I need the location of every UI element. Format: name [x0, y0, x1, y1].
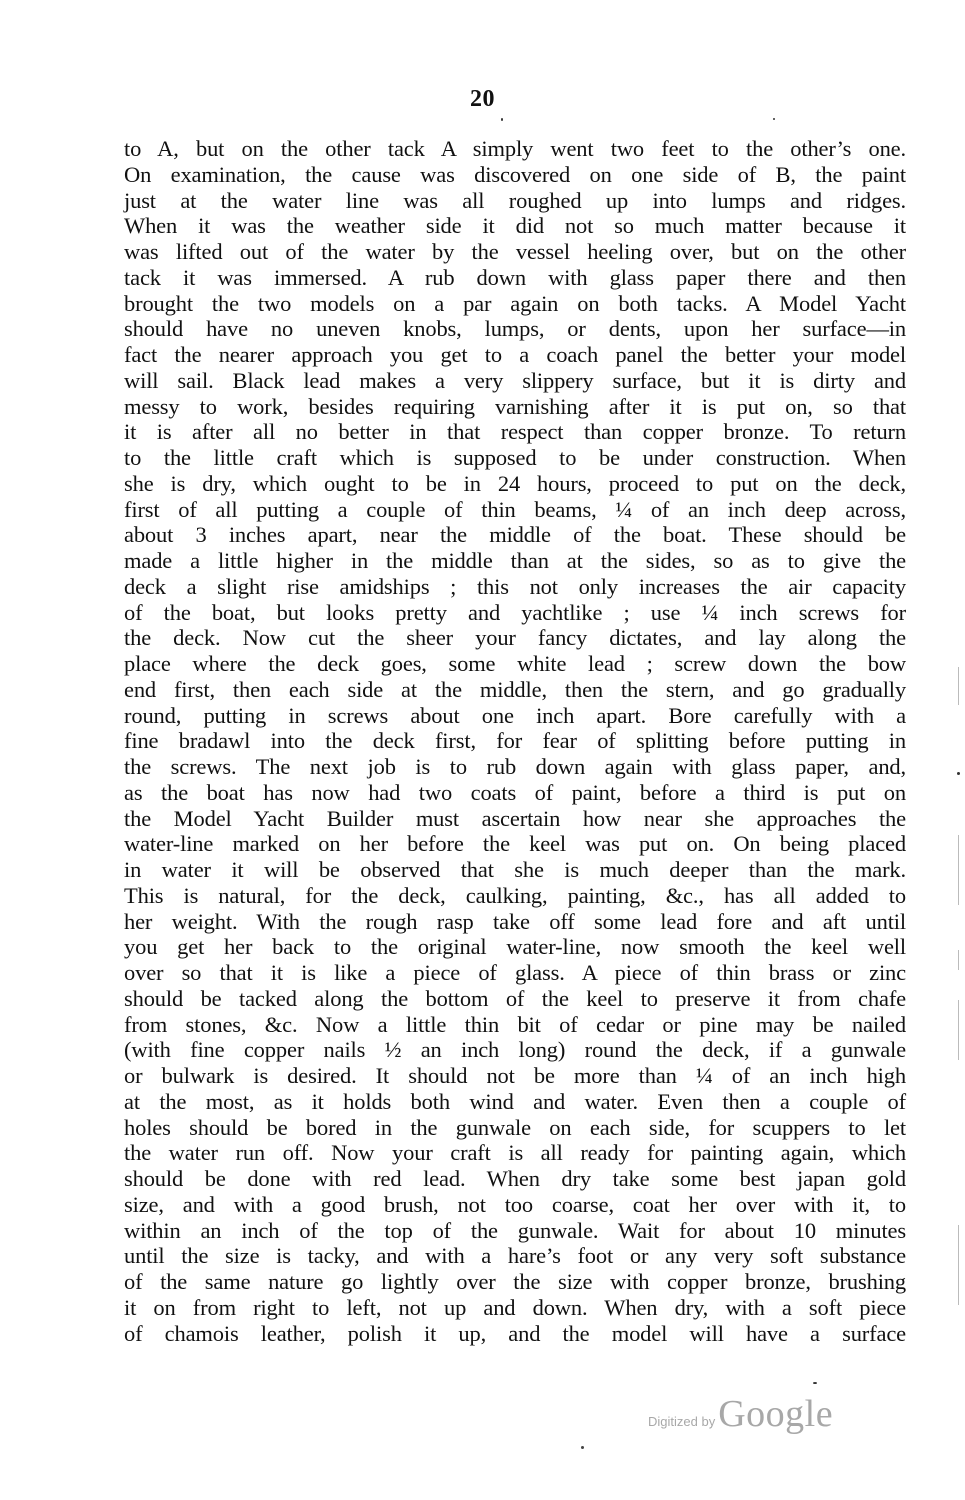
text-line-content: it on from right to left, not up and dow…: [124, 1295, 906, 1321]
text-line-content: When it was the weather side it did not …: [124, 213, 906, 239]
text-line: should be done with red lead. When dry t…: [124, 1166, 906, 1192]
text-line-content: you get her back to the original water-l…: [124, 934, 906, 960]
text-line-content: should be tacked along the bottom of the…: [124, 986, 906, 1012]
text-line: holes should be bored in the gunwale on …: [124, 1115, 906, 1141]
text-line-content: first of all putting a couple of thin be…: [124, 497, 906, 523]
text-line: should have no uneven knobs, lumps, or d…: [124, 316, 906, 342]
text-line-content: or bulwark is desired. It should not be …: [124, 1063, 906, 1089]
text-line: made a little higher in the middle than …: [124, 548, 906, 574]
text-line: or bulwark is desired. It should not be …: [124, 1063, 906, 1089]
text-line-content: to the little craft which is supposed to…: [124, 445, 906, 471]
text-line-content: of the boat, but looks pretty and yachtl…: [124, 600, 906, 626]
text-line: of chamois leather, polish it up, and th…: [124, 1321, 906, 1347]
scan-speck: [501, 118, 503, 121]
text-line: messy to work, besides requiring varnish…: [124, 394, 906, 420]
text-line: fine bradawl into the deck first, for fe…: [124, 728, 906, 754]
text-line-content: the screws. The next job is to rub down …: [124, 754, 906, 780]
text-line: size, and with a good brush, not too coa…: [124, 1192, 906, 1218]
text-line: of the same nature go lightly over the s…: [124, 1269, 906, 1295]
text-line: she is dry, which ought to be in 24 hour…: [124, 471, 906, 497]
text-line-content: tack it was immersed. A rub down with gl…: [124, 265, 906, 291]
text-line: fact the nearer approach you get to a co…: [124, 342, 906, 368]
digitized-by-google-watermark: Digitized by Google: [648, 1392, 833, 1436]
text-line: round, putting in screws about one inch …: [124, 703, 906, 729]
text-line: about 3 inches apart, near the middle of…: [124, 522, 906, 548]
text-line-content: will sail. Black lead makes a very slipp…: [124, 368, 906, 394]
text-line: tack it was immersed. A rub down with gl…: [124, 265, 906, 291]
text-line-content: within an inch of the top of the gunwale…: [124, 1218, 906, 1244]
scan-speck: [813, 1382, 817, 1384]
text-line: to the little craft which is supposed to…: [124, 445, 906, 471]
text-line: brought the two models on a par again on…: [124, 291, 906, 317]
text-line-content: holes should be bored in the gunwale on …: [124, 1115, 906, 1141]
scan-margin-mark: [958, 1225, 959, 1305]
scan-margin-mark: [958, 950, 959, 970]
text-line-content: brought the two models on a par again on…: [124, 291, 906, 317]
text-line: On examination, the cause was discovered…: [124, 162, 906, 188]
text-line: you get her back to the original water-l…: [124, 934, 906, 960]
text-line: will sail. Black lead makes a very slipp…: [124, 368, 906, 394]
scan-speck: [581, 1446, 584, 1449]
text-line: as the boat has now had two coats of pai…: [124, 780, 906, 806]
text-line: (with fine copper nails ½ an inch long) …: [124, 1037, 906, 1063]
text-line-content: This is natural, for the deck, caulking,…: [124, 883, 906, 909]
body-text: to A, but on the other tack A simply wen…: [124, 136, 906, 1346]
text-line: This is natural, for the deck, caulking,…: [124, 883, 906, 909]
text-line: water-line marked on her before the keel…: [124, 831, 906, 857]
text-line-content: fine bradawl into the deck first, for fe…: [124, 728, 906, 754]
text-line: should be tacked along the bottom of the…: [124, 986, 906, 1012]
text-line-content: made a little higher in the middle than …: [124, 548, 906, 574]
text-line-content: the Model Yacht Builder must ascertain h…: [124, 806, 906, 832]
text-line-content: should be done with red lead. When dry t…: [124, 1166, 906, 1192]
text-line: the screws. The next job is to rub down …: [124, 754, 906, 780]
text-line: end first, then each side at the middle,…: [124, 677, 906, 703]
text-line-content: she is dry, which ought to be in 24 hour…: [124, 471, 906, 497]
page-number: 20: [0, 86, 965, 113]
text-line-content: to A, but on the other tack A simply wen…: [124, 136, 906, 162]
text-line-content: as the boat has now had two coats of pai…: [124, 780, 906, 806]
text-line-content: (with fine copper nails ½ an inch long) …: [124, 1037, 906, 1063]
text-line: within an inch of the top of the gunwale…: [124, 1218, 906, 1244]
text-line-content: On examination, the cause was discovered…: [124, 162, 906, 188]
text-line-content: was lifted out of the water by the vesse…: [124, 239, 906, 265]
text-line-content: of chamois leather, polish it up, and th…: [124, 1321, 906, 1347]
text-line-content: water-line marked on her before the keel…: [124, 831, 906, 857]
scan-speck: [957, 772, 960, 775]
text-line: When it was the weather side it did not …: [124, 213, 906, 239]
text-line: the Model Yacht Builder must ascertain h…: [124, 806, 906, 832]
text-line: it is after all no better in that respec…: [124, 419, 906, 445]
text-line-content: deck a slight rise amidships ; this not …: [124, 574, 906, 600]
scan-speck: [773, 118, 775, 120]
scan-margin-mark: [958, 1000, 959, 1060]
text-line: at the most, as it holds both wind and w…: [124, 1089, 906, 1115]
watermark-brand: Google: [718, 1392, 833, 1436]
text-line-content: just at the water line was all roughed u…: [124, 188, 906, 214]
text-line: of the boat, but looks pretty and yachtl…: [124, 600, 906, 626]
text-line-content: in water it will be observed that she is…: [124, 857, 906, 883]
text-line-content: place where the deck goes, some white le…: [124, 651, 906, 677]
text-line-content: should have no uneven knobs, lumps, or d…: [124, 316, 906, 342]
text-line: was lifted out of the water by the vesse…: [124, 239, 906, 265]
text-line: from stones, &c. Now a little thin bit o…: [124, 1012, 906, 1038]
scan-margin-mark: [958, 667, 959, 705]
text-line: place where the deck goes, some white le…: [124, 651, 906, 677]
text-line-content: from stones, &c. Now a little thin bit o…: [124, 1012, 906, 1038]
text-line-content: until the size is tacky, and with a hare…: [124, 1243, 906, 1269]
scan-margin-mark: [958, 835, 959, 905]
text-line: first of all putting a couple of thin be…: [124, 497, 906, 523]
text-line-content: size, and with a good brush, not too coa…: [124, 1192, 906, 1218]
text-line-content: at the most, as it holds both wind and w…: [124, 1089, 906, 1115]
text-line-content: about 3 inches apart, near the middle of…: [124, 522, 906, 548]
text-line-content: round, putting in screws about one inch …: [124, 703, 906, 729]
text-line: the deck. Now cut the sheer your fancy d…: [124, 625, 906, 651]
text-line-content: the water run off. Now your craft is all…: [124, 1140, 906, 1166]
text-line: over so that it is like a piece of glass…: [124, 960, 906, 986]
text-line-content: end first, then each side at the middle,…: [124, 677, 906, 703]
text-line: in water it will be observed that she is…: [124, 857, 906, 883]
text-line-content: messy to work, besides requiring varnish…: [124, 394, 906, 420]
text-line-content: fact the nearer approach you get to a co…: [124, 342, 906, 368]
text-line: until the size is tacky, and with a hare…: [124, 1243, 906, 1269]
watermark-prefix: Digitized by: [648, 1414, 715, 1429]
text-line: deck a slight rise amidships ; this not …: [124, 574, 906, 600]
text-line-content: it is after all no better in that respec…: [124, 419, 906, 445]
text-line: to A, but on the other tack A simply wen…: [124, 136, 906, 162]
text-line: just at the water line was all roughed u…: [124, 188, 906, 214]
text-line-content: over so that it is like a piece of glass…: [124, 960, 906, 986]
text-line: it on from right to left, not up and dow…: [124, 1295, 906, 1321]
text-line: her weight. With the rough rasp take off…: [124, 909, 906, 935]
text-line-content: of the same nature go lightly over the s…: [124, 1269, 906, 1295]
text-line-content: the deck. Now cut the sheer your fancy d…: [124, 625, 906, 651]
text-line: the water run off. Now your craft is all…: [124, 1140, 906, 1166]
text-line-content: her weight. With the rough rasp take off…: [124, 909, 906, 935]
